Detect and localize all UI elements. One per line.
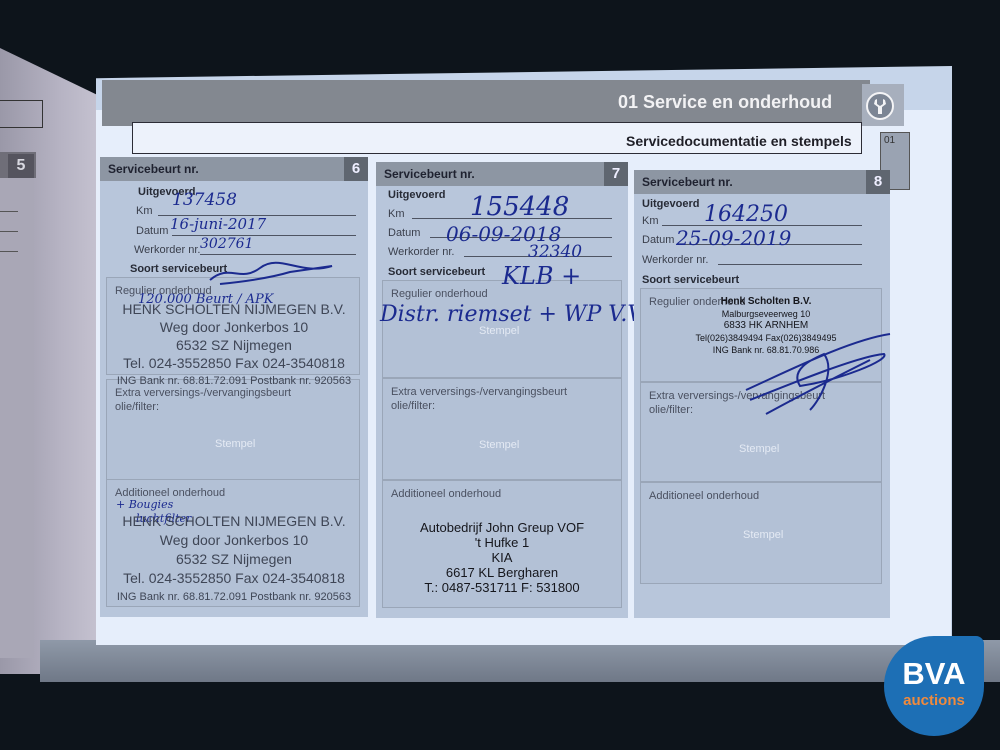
bva-auctions-logo: BVA auctions bbox=[884, 636, 984, 736]
handwritten-work-order: 32340 bbox=[528, 242, 582, 262]
handwritten-work-order: 302761 bbox=[200, 236, 253, 252]
performed-label: Uitgevoerd bbox=[388, 189, 445, 201]
left-page-subtitle-box bbox=[0, 100, 43, 128]
km-label: Km bbox=[642, 215, 659, 227]
dealer-stamp-additional: HENK SCHOLTEN NIJMEGEN B.V.Weg door Jonk… bbox=[100, 512, 368, 607]
divider bbox=[0, 251, 18, 252]
additional-section: Additioneel onderhoud Stempel bbox=[640, 482, 882, 584]
work-order-line bbox=[718, 264, 862, 265]
card-number: 7 bbox=[604, 162, 628, 186]
logo-subtext: auctions bbox=[884, 692, 984, 709]
logo-brand: BVA bbox=[884, 656, 984, 692]
card-title: Servicebeurt nr. bbox=[384, 167, 475, 181]
card-header: Servicebeurt nr. 7 bbox=[376, 162, 628, 186]
handwritten-km: 137458 bbox=[172, 190, 237, 210]
handwritten-date: 25-09-2019 bbox=[676, 226, 791, 250]
stamp-placeholder: Stempel bbox=[215, 438, 255, 450]
handwritten-km: 164250 bbox=[704, 202, 788, 227]
date-label: Datum bbox=[642, 234, 674, 246]
service-type-label: Soort servicebeurt bbox=[388, 266, 485, 278]
card-title: Servicebeurt nr. bbox=[642, 175, 733, 189]
service-type-label: Soort servicebeurt bbox=[642, 274, 739, 286]
work-order-label: Werkorder nr. bbox=[388, 246, 454, 258]
handwritten-additional-1: + Bougies bbox=[116, 498, 173, 511]
divider bbox=[0, 231, 18, 232]
regular-section: Regulier onderhoud Stempel bbox=[382, 280, 622, 378]
signature-icon bbox=[200, 258, 340, 288]
stamp-placeholder: Stempel bbox=[479, 439, 519, 451]
dealer-stamp-additional: Autobedrijf John Greup VOF't Hufke 1KIA6… bbox=[376, 520, 628, 595]
extra-label: Extra verversings-/vervangingsbeurtolie/… bbox=[391, 385, 567, 413]
date-label: Datum bbox=[136, 225, 168, 237]
date-label: Datum bbox=[388, 227, 420, 239]
card-header: Servicebeurt nr. 6 bbox=[100, 157, 368, 181]
handwritten-date: 16-juni-2017 bbox=[170, 215, 266, 233]
left-page: 5 bbox=[0, 48, 104, 674]
card-header: Servicebeurt nr. 8 bbox=[634, 170, 890, 194]
km-label: Km bbox=[136, 205, 153, 217]
card-number: 6 bbox=[344, 157, 368, 181]
km-label: Km bbox=[388, 208, 405, 220]
extra-label: Extra verversings-/vervangingsbeurtolie/… bbox=[115, 386, 291, 414]
work-order-label: Werkorder nr. bbox=[134, 244, 200, 256]
signature-icon bbox=[740, 330, 900, 420]
left-page-card bbox=[0, 178, 34, 658]
booklet-edge bbox=[40, 640, 1000, 682]
handwritten-service-note: KLB + bbox=[502, 262, 581, 290]
card-number-5: 5 bbox=[8, 154, 34, 178]
stamp-placeholder: Stempel bbox=[743, 529, 783, 541]
work-order-line bbox=[200, 254, 356, 255]
wrench-icon bbox=[866, 92, 894, 120]
extra-section: Extra verversings-/vervangingsbeurtolie/… bbox=[382, 378, 622, 480]
handwritten-regular-note: Distr. riemset + WP V.V. bbox=[380, 302, 646, 327]
card-title: Servicebeurt nr. bbox=[108, 162, 199, 176]
work-order-label: Werkorder nr. bbox=[642, 254, 708, 266]
section-title: 01 Service en onderhoud bbox=[618, 92, 832, 113]
card-number: 8 bbox=[866, 170, 890, 194]
extra-section: Extra verversings-/vervangingsbeurtolie/… bbox=[106, 379, 360, 481]
regular-label: Regulier onderhoud bbox=[391, 287, 488, 301]
performed-label: Uitgevoerd bbox=[642, 198, 699, 210]
handwritten-km: 155448 bbox=[470, 192, 569, 222]
divider bbox=[0, 211, 18, 212]
page-subtitle: Servicedocumentatie en stempels bbox=[626, 133, 852, 149]
additional-label: Additioneel onderhoud bbox=[649, 489, 759, 503]
stamp-placeholder: Stempel bbox=[739, 443, 779, 455]
additional-label: Additioneel onderhoud bbox=[391, 487, 501, 501]
dealer-stamp-regular: HENK SCHOLTEN NIJMEGEN B.V.Weg door Jonk… bbox=[100, 300, 368, 390]
